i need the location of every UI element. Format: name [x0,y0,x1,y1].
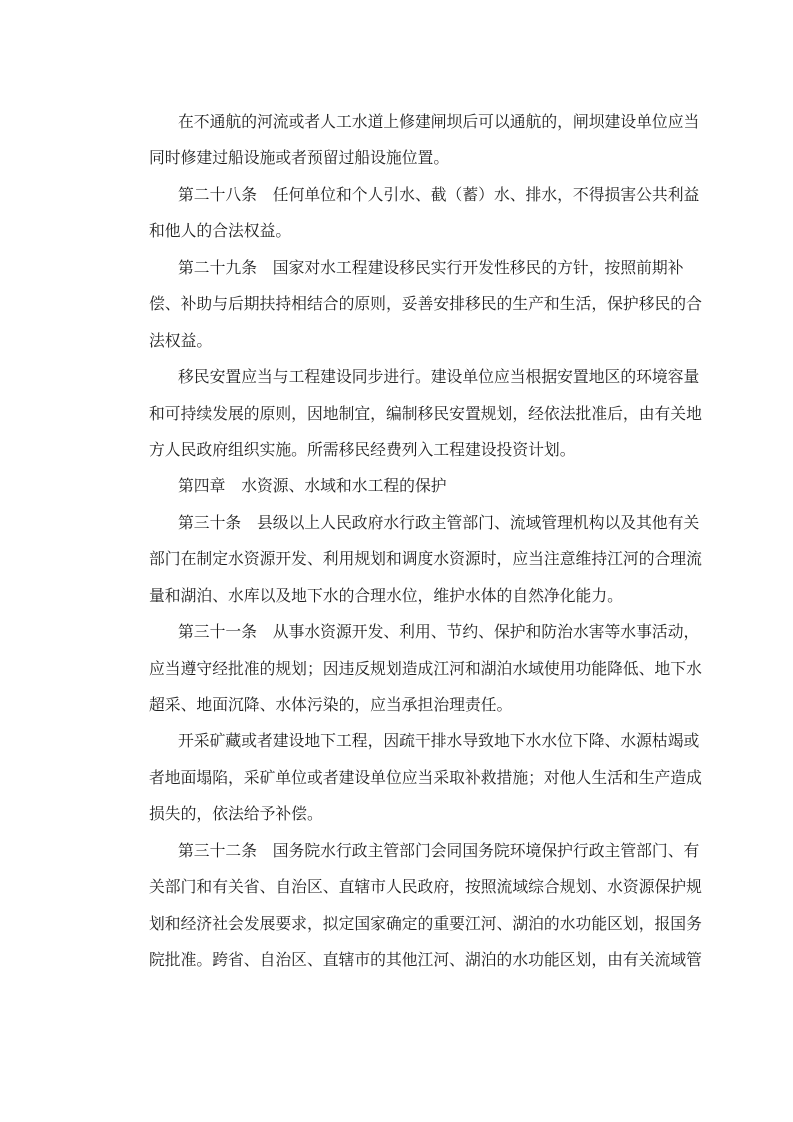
text-line: 方人民政府组织实施。所需移民经费列入工程建设投资计划。 [120,432,674,468]
text-line: 移民安置应当与工程建设同步进行。建设单位应当根据安置地区的环境容量 [120,359,674,395]
text-line: 超采、地面沉降、水体污染的，应当承担治理责任。 [120,687,674,723]
text-line: 第三十二条 国务院水行政主管部门会同国务院环境保护行政主管部门、有 [120,833,674,869]
text-line: 第二十九条 国家对水工程建设移民实行开发性移民的方针，按照前期补 [120,250,674,286]
text-line: 第二十八条 任何单位和个人引水、截（蓄）水、排水，不得损害公共利益 [120,177,674,213]
text-line: 第三十一条 从事水资源开发、利用、节约、保护和防治水害等水事活动， [120,614,674,650]
text-line: 关部门和有关省、自治区、直辖市人民政府，按照流域综合规划、水资源保护规 [120,869,674,905]
text-line: 同时修建过船设施或者预留过船设施位置。 [120,140,674,176]
text-line: 者地面塌陷，采矿单位或者建设单位应当采取补救措施；对他人生活和生产造成 [120,760,674,796]
text-line: 部门在制定水资源开发、利用规划和调度水资源时，应当注意维持江河的合理流 [120,541,674,577]
article-32: 第三十二条 国务院水行政主管部门会同国务院环境保护行政主管部门、有 关部门和有关… [120,833,674,979]
paragraph-mining: 开采矿藏或者建设地下工程，因疏干排水导致地下水水位下降、水源枯竭或 者地面塌陷，… [120,723,674,832]
text-line: 划和经济社会发展要求，拟定国家确定的重要江河、湖泊的水功能区划，报国务 [120,906,674,942]
text-line: 在不通航的河流或者人工水道上修建闸坝后可以通航的，闸坝建设单位应当 [120,104,674,140]
text-line: 第三十条 县级以上人民政府水行政主管部门、流域管理机构以及其他有关 [120,505,674,541]
text-line: 偿、补助与后期扶持相结合的原则，妥善安排移民的生产和生活，保护移民的合 [120,286,674,322]
article-30: 第三十条 县级以上人民政府水行政主管部门、流域管理机构以及其他有关 部门在制定水… [120,505,674,614]
article-28: 第二十八条 任何单位和个人引水、截（蓄）水、排水，不得损害公共利益 和他人的合法… [120,177,674,250]
paragraph-navigation-facilities: 在不通航的河流或者人工水道上修建闸坝后可以通航的，闸坝建设单位应当 同时修建过船… [120,104,674,177]
chapter-4-heading: 第四章 水资源、水域和水工程的保护 [120,468,674,504]
text-line: 法权益。 [120,323,674,359]
article-29: 第二十九条 国家对水工程建设移民实行开发性移民的方针，按照前期补 偿、补助与后期… [120,250,674,359]
text-line: 量和湖泊、水库以及地下水的合理水位，维护水体的自然净化能力。 [120,578,674,614]
article-31: 第三十一条 从事水资源开发、利用、节约、保护和防治水害等水事活动， 应当遵守经批… [120,614,674,723]
text-line: 院批准。跨省、自治区、直辖市的其他江河、湖泊的水功能区划，由有关流域管 [120,942,674,978]
text-line: 开采矿藏或者建设地下工程，因疏干排水导致地下水水位下降、水源枯竭或 [120,723,674,759]
document-page: 在不通航的河流或者人工水道上修建闸坝后可以通航的，闸坝建设单位应当 同时修建过船… [120,104,674,979]
text-line: 应当遵守经批准的规划；因违反规划造成江河和湖泊水域使用功能降低、地下水 [120,651,674,687]
text-line: 损失的，依法给予补偿。 [120,796,674,832]
chapter-title: 第四章 水资源、水域和水工程的保护 [120,468,674,504]
text-line: 和可持续发展的原则，因地制宜，编制移民安置规划，经依法批准后，由有关地 [120,396,674,432]
text-line: 和他人的合法权益。 [120,213,674,249]
paragraph-resettlement: 移民安置应当与工程建设同步进行。建设单位应当根据安置地区的环境容量 和可持续发展… [120,359,674,468]
